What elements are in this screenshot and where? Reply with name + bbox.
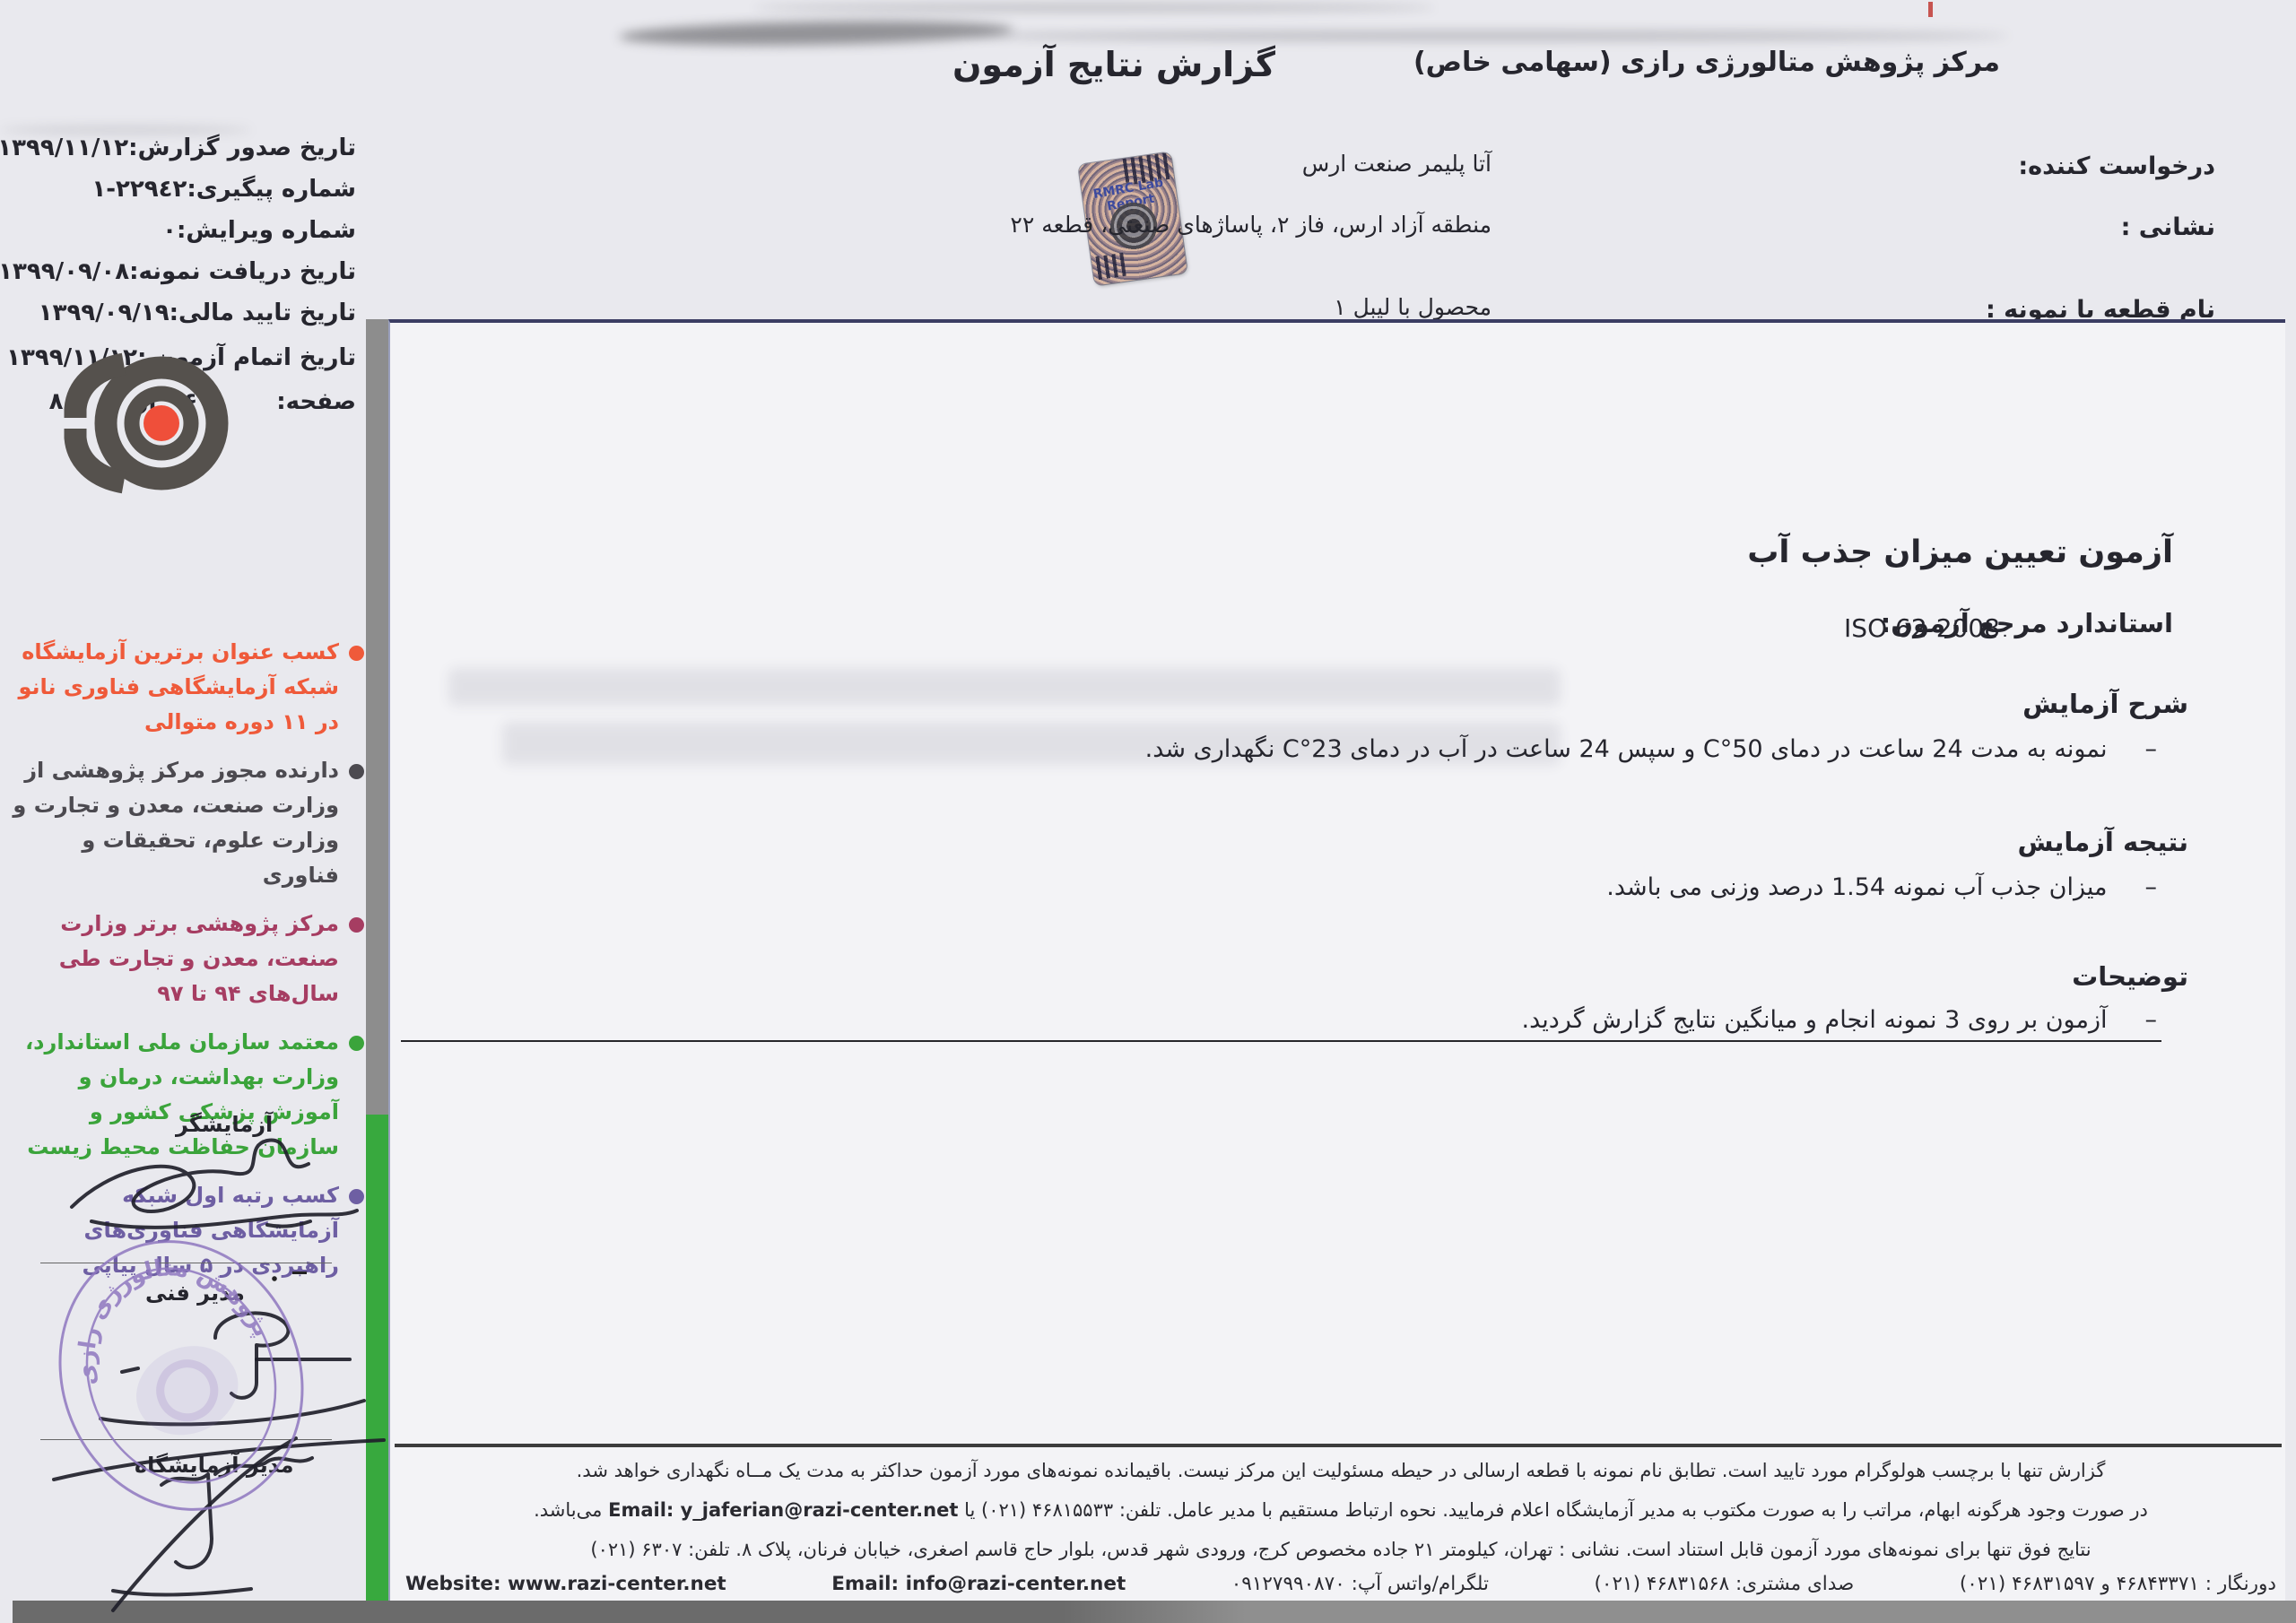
fax-number: دورنگار : ۴۶۸۴۳۳۷۱ و ۴۶۸۳۱۵۹۷ (۰۲۱) <box>1960 1573 2276 1595</box>
section-heading-remarks: توضیحات <box>2072 961 2188 992</box>
section-heading-result: نتیجه آزمایش <box>2017 827 2188 857</box>
bullet-dot-icon <box>349 1036 364 1051</box>
field-revision-number: شماره ویرایش: ۰ <box>67 217 356 244</box>
field-value: ۱۳۹۹/۰۹/۱۹ <box>39 299 170 326</box>
footer-line-2-text: در صورت وجود هرگونه ابهام، مراتب را به ص… <box>964 1499 2148 1521</box>
org-name: مرکز پژوهش متالورژی رازی (سهامی خاص) <box>1413 47 2000 78</box>
result-bullet: – میزان جذب آب نمونه 1.54 درصد وزنی می ب… <box>1606 873 2157 901</box>
standard-value: ISO 62-2008 <box>1844 613 2000 643</box>
left-gray-bar <box>366 319 388 1115</box>
footer-line-2-tail: می‌باشد. <box>534 1499 602 1521</box>
watermark-ghost <box>448 668 1561 706</box>
field-sample-name-value: محصول با لیبل ۱ <box>1334 294 1492 320</box>
hologram-barcode-stripes <box>1088 253 1126 281</box>
field-value: ۰ <box>67 217 177 244</box>
procedure-text: نمونه به مدت 24 ساعت در دمای 50°C و سپس … <box>1145 735 2108 763</box>
scan-smudge <box>969 30 2009 41</box>
field-address-label: نشانی : <box>2121 213 2215 241</box>
page-title: گزارش نتایج آزمون <box>952 45 1275 84</box>
field-label: شماره ویرایش: <box>177 217 356 244</box>
scanned-report-page: مرکز پژوهش متالورژی رازی (سهامی خاص) گزا… <box>0 0 2296 1623</box>
remarks-bullet: – آزمون بر روی 3 نمونه انجام و میانگین ن… <box>1522 1006 2158 1034</box>
footer-contacts: دورنگار : ۴۶۸۴۳۳۷۱ و ۴۶۸۳۱۵۹۷ (۰۲۱) صدای… <box>405 1573 2276 1595</box>
manager-email: Email: y_jaferian@razi-center.net <box>608 1499 958 1521</box>
field-tracking-number: شماره پیگیری: ٢٢٩٤٢-١ <box>67 176 356 203</box>
list-item: کسب عنوان برترین آزمایشگاه شبکه آزمایشگا… <box>13 635 364 740</box>
field-requester-label: درخواست کننده: <box>2018 152 2215 180</box>
bullet-dot-icon <box>349 764 364 779</box>
customer-voice-number: صدای مشتری: ۴۶۸۳۱۵۶۸ (۰۲۱) <box>1595 1573 1855 1595</box>
website-url: Website: www.razi-center.net <box>405 1573 726 1595</box>
scan-smudge <box>0 126 251 135</box>
field-label: تاریخ تایید مالی: <box>170 299 356 326</box>
dash-icon: – <box>2145 1006 2158 1034</box>
field-value: ۱۳۹۹/۰۹/۰۸ <box>0 258 129 285</box>
remarks-text: آزمون بر روی 3 نمونه انجام و میانگین نتا… <box>1522 1006 2108 1034</box>
field-report-issue-date: تاریخ صدور گزارش: ۱۳۹۹/۱۱/۱۲ <box>67 135 356 161</box>
field-financial-approval-date: تاریخ تایید مالی: ۱۳۹۹/۰۹/۱۹ <box>67 299 356 326</box>
scan-smudge <box>753 4 1435 12</box>
dash-icon: – <box>2145 735 2158 763</box>
footer-line-3: نتایج فوق تنها برای نمونه‌های مورد آزمون… <box>405 1539 2276 1560</box>
scan-smudge <box>619 18 1013 48</box>
dash-icon: – <box>2145 873 2158 901</box>
telegram-whatsapp-number: تلگرام/واتس آپ: ۰۹۱۲۷۹۹۰۸۷۰ <box>1231 1573 1489 1595</box>
procedure-bullet: – نمونه به مدت 24 ساعت در دمای 50°C و سپ… <box>1145 735 2157 763</box>
content-divider <box>401 1040 2161 1042</box>
razi-center-logo <box>52 341 235 511</box>
field-value: ۱۳۹۹/۱۱/۱۲ <box>0 135 128 161</box>
scan-red-mark <box>1928 2 1933 17</box>
field-label: شماره پیگیری: <box>187 176 356 203</box>
field-label: تاریخ دریافت نمونه: <box>129 258 356 285</box>
field-address-value: منطقه آزاد ارس، فاز ۲، پاساژهای صنعتی، ق… <box>1010 212 1492 238</box>
achievement-text: کسب عنوان برترین آزمایشگاه شبکه آزمایشگا… <box>13 635 339 740</box>
bullet-dot-icon <box>349 917 364 933</box>
achievement-text: مرکز پژوهشی برتر وزارت صنعت، معدن و تجار… <box>13 907 339 1011</box>
list-item: دارنده مجوز مرکز پژوهشی از وزارت صنعت، م… <box>13 753 364 893</box>
field-value: ٢٢٩٤٢-١ <box>67 176 187 203</box>
result-text: میزان جذب آب نمونه 1.54 درصد وزنی می باش… <box>1606 873 2107 901</box>
section-heading-procedure: شرح آزمایش <box>2022 689 2188 719</box>
achievement-text: دارنده مجوز مرکز پژوهشی از وزارت صنعت، م… <box>13 753 339 893</box>
list-item: مرکز پژوهشی برتر وزارت صنعت، معدن و تجار… <box>13 907 364 1011</box>
bullet-dot-icon <box>349 646 364 661</box>
footer-divider <box>395 1444 2282 1447</box>
official-stamp: مرکز پژوهش متالورژی رازی <box>47 1221 316 1531</box>
content-panel <box>388 319 2285 1604</box>
field-label: تاریخ صدور گزارش: <box>128 135 356 161</box>
footer-line-2: در صورت وجود هرگونه ابهام، مراتب را به ص… <box>405 1499 2276 1521</box>
field-requester-value: آتا پلیمر صنعت ارس <box>1302 151 1492 177</box>
field-sample-received-date: تاریخ دریافت نمونه: ۱۳۹۹/۰۹/۰۸ <box>67 258 356 285</box>
contact-email: Email: info@razi-center.net <box>831 1573 1126 1595</box>
page-number-label: صفحه: <box>276 388 356 415</box>
footer-line-1: گزارش تنها با برچسب هولوگرام مورد تایید … <box>405 1460 2276 1481</box>
test-title: آزمون تعیین میزان جذب آب <box>1747 534 2173 570</box>
